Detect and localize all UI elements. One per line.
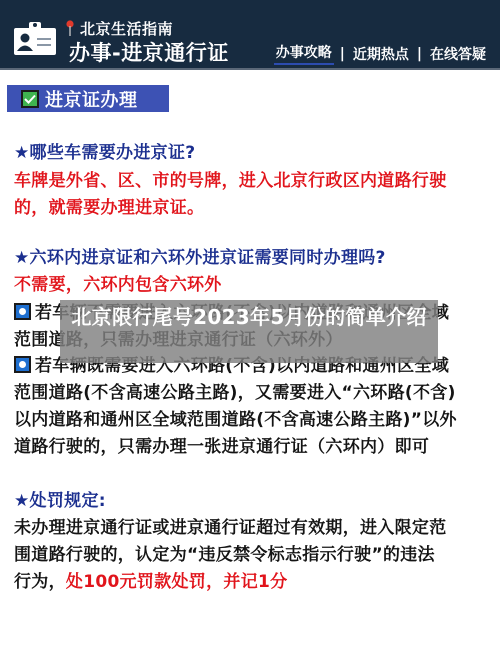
- section-banner: 进京证办理: [7, 85, 169, 112]
- penalty-prefix: 行为，: [14, 572, 66, 592]
- page-title: 办事-进京通行证: [69, 37, 229, 67]
- page: 北京生活指南 办事-进京通行证 办事攻略 | 近期热点 | 在线答疑 进京证办理…: [0, 0, 500, 666]
- bullet-icon: [14, 303, 31, 320]
- header-bar: 北京生活指南 办事-进京通行证 办事攻略 | 近期热点 | 在线答疑: [0, 0, 500, 70]
- overlay-caption: 北京限行尾号2023年5月份的简单介绍: [60, 305, 438, 329]
- caption-overlay: 北京限行尾号2023年5月份的简单介绍: [60, 300, 438, 363]
- nav-item-guide[interactable]: 办事攻略: [274, 42, 334, 65]
- location-pin-icon: [66, 20, 74, 36]
- nav-item-hot-topics[interactable]: 近期热点: [351, 44, 411, 64]
- penalty-text: 围道路行驶的，认定为“违反禁令标志指示行驶”的违法: [14, 540, 435, 565]
- question-heading: ★处罚规定:: [14, 486, 106, 511]
- answer-text: 的，就需要办理进京证。: [14, 193, 204, 218]
- answer-text: 不需要，六环内包含六环外: [14, 270, 222, 295]
- question-heading: ★六环内进京证和六环外进京证需要同时办理吗?: [14, 243, 386, 268]
- nav-separator: |: [417, 46, 422, 62]
- bullet-text: 道路行驶的，只需办理一张进京通行证（六环内）即可: [14, 432, 429, 457]
- penalty-text: 未办理进京通行证或进京通行证超过有效期，进入限定范: [14, 513, 447, 538]
- answer-text: 车牌是外省、区、市的号牌，进入北京行政区内道路行驶: [14, 166, 447, 191]
- section-title: 进京证办理: [45, 86, 138, 112]
- nav-separator: |: [340, 46, 345, 62]
- bullet-text: 以内道路和通州区全域范围道路(不含高速公路主路)”以外: [14, 405, 457, 430]
- brand-name: 北京生活指南: [80, 18, 173, 39]
- bullet-icon: [14, 356, 31, 373]
- penalty-text-last: 行为，处100元罚款处罚，并记1分: [14, 567, 287, 592]
- bullet-text: 范围道路(不含高速公路主路)，又需要进入“六环路(不含): [14, 378, 456, 403]
- header-nav: 办事攻略 | 近期热点 | 在线答疑: [274, 42, 488, 65]
- checkmark-icon: [21, 90, 39, 108]
- question-heading: ★哪些车需要办进京证?: [14, 138, 195, 163]
- id-card-icon: [13, 20, 57, 56]
- nav-item-online-qa[interactable]: 在线答疑: [428, 44, 488, 64]
- penalty-highlight: 处100元罚款处罚，并记1分: [66, 572, 288, 592]
